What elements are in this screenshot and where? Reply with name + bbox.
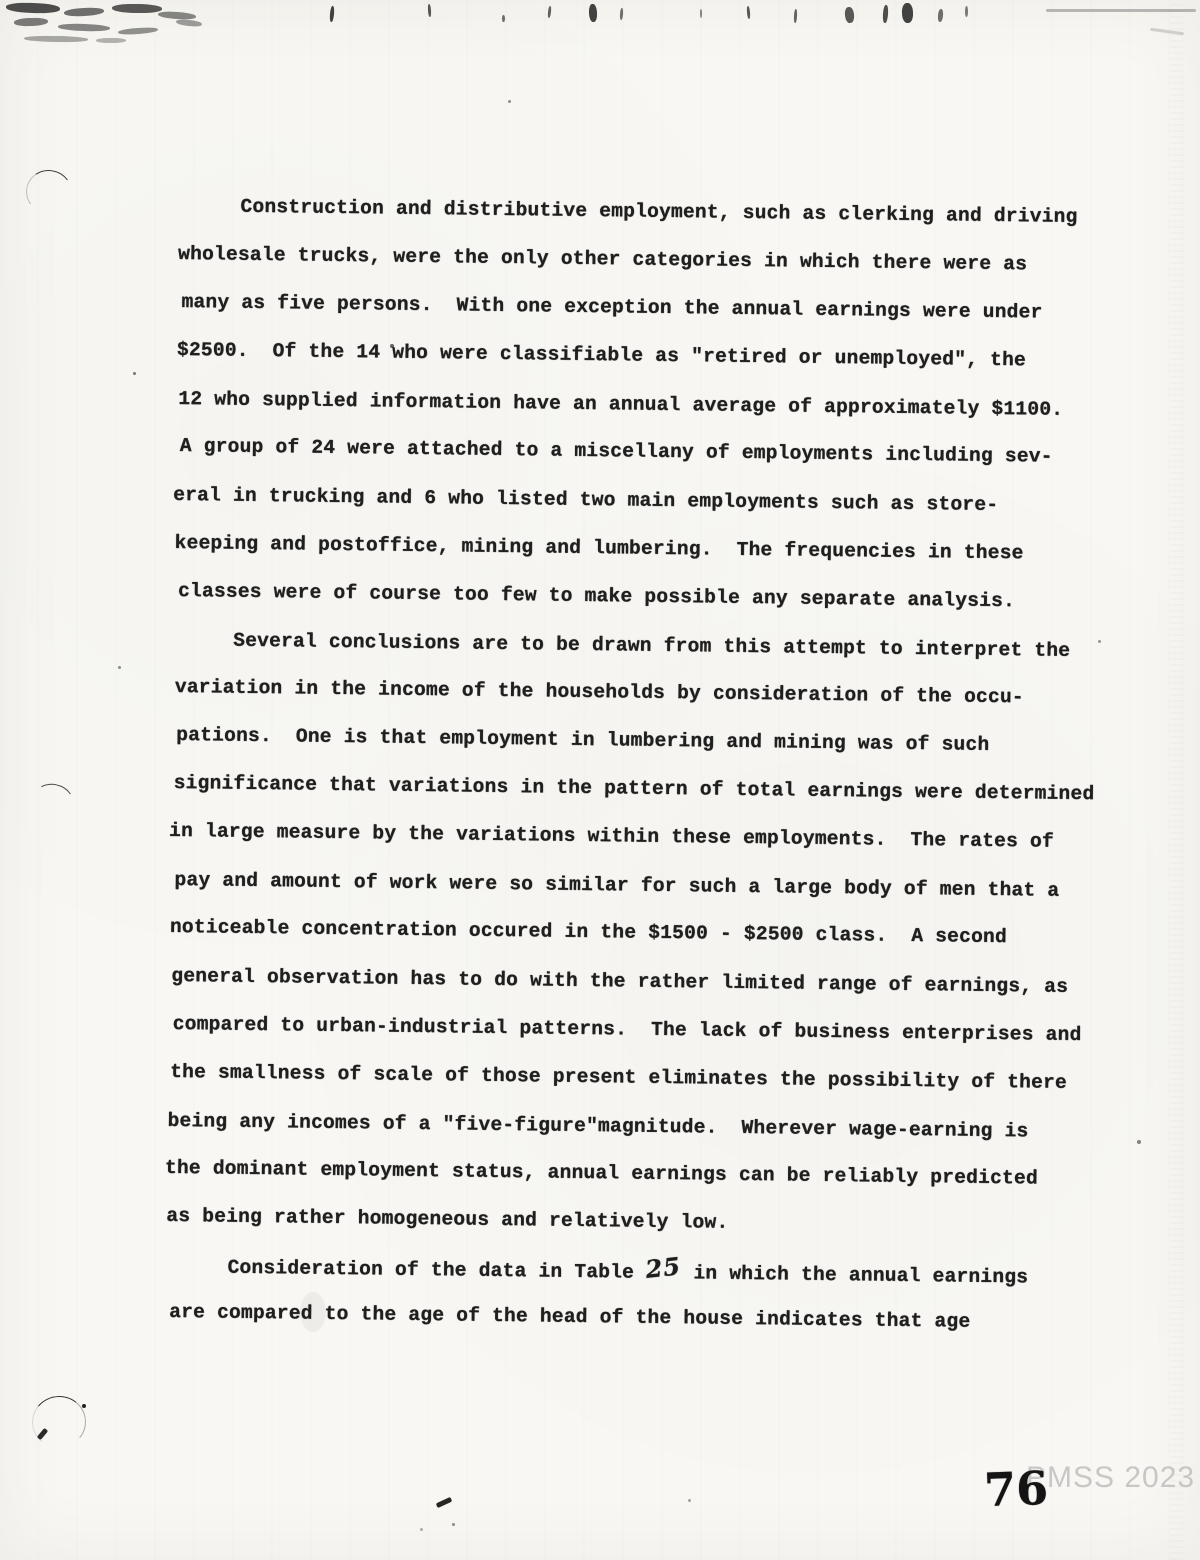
scan-mark xyxy=(589,4,598,22)
scan-mark xyxy=(794,9,798,23)
page-number: 76 xyxy=(983,1461,1049,1517)
scan-speckle xyxy=(158,11,196,21)
scan-mark xyxy=(965,6,968,17)
scan-speckle xyxy=(6,2,60,14)
scan-speckle xyxy=(96,38,126,43)
scan-mark xyxy=(547,6,551,18)
handwritten-table-number: 25 xyxy=(643,1242,683,1294)
ink-dot xyxy=(1137,1140,1141,1144)
punch-hole-arc xyxy=(28,779,77,824)
scan-mark xyxy=(502,15,505,22)
ink-tick xyxy=(436,1497,453,1508)
typed-text-block: Construction and distributive employment… xyxy=(167,182,1102,1347)
scan-mark xyxy=(329,6,334,22)
scan-speckle xyxy=(24,35,88,42)
ink-dot xyxy=(688,1499,691,1502)
ink-dot xyxy=(1098,640,1101,643)
scan-mark xyxy=(902,3,914,23)
scan-mark xyxy=(700,9,702,18)
scan-speckle xyxy=(112,4,162,14)
text-line-suffix: in which the annual earnings xyxy=(681,1262,1028,1288)
punch-hole-arc xyxy=(29,1393,88,1450)
ink-dot xyxy=(420,1528,423,1531)
scan-speckle xyxy=(14,17,48,26)
text-line: are compared to the age of the head of t… xyxy=(169,1288,1088,1347)
scan-mark xyxy=(620,8,624,20)
scan-speckle xyxy=(118,27,158,36)
punch-hole-arc xyxy=(23,166,76,217)
scan-mark xyxy=(937,9,943,22)
scanned-document-page: Construction and distributive employment… xyxy=(0,0,1200,1560)
ink-dot xyxy=(118,666,121,669)
scan-speckle xyxy=(176,19,202,28)
ink-dot xyxy=(133,372,136,375)
ink-dot xyxy=(508,100,511,103)
scan-mark xyxy=(428,4,432,17)
ink-dot xyxy=(82,1404,86,1408)
scan-noise-band xyxy=(1170,0,1184,1560)
scan-speckle xyxy=(58,23,110,32)
text-line-prefix: Consideration of the data in Table xyxy=(168,1256,647,1284)
scan-mark xyxy=(844,7,855,24)
scan-speckle xyxy=(64,7,104,17)
watermark: PMSS 2023 xyxy=(1026,1461,1195,1495)
scan-mark xyxy=(746,6,750,19)
ink-dot xyxy=(452,1523,455,1526)
scan-mark xyxy=(882,5,888,23)
